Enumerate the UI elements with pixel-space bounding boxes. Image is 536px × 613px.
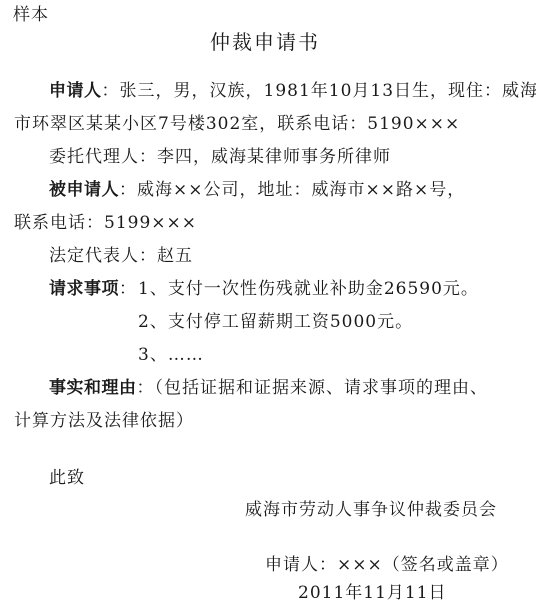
agent-line: 委托代理人：李四，威海某律师事务所律师 [49, 147, 391, 167]
respondent-line-2: 联系电话：5199××× [14, 213, 197, 233]
claims-label: 请求事项 [49, 279, 119, 299]
recipient: 威海市劳动人事争议仲裁委员会 [245, 500, 497, 520]
facts-line-2: 计算方法及法律依据） [14, 411, 194, 431]
facts-line-1: 事实和理由：（包括证据和证据来源、请求事项的理由、 [49, 378, 488, 398]
salutation: 此致 [49, 468, 85, 488]
claim-item-2: 2、支付停工留薪期工资5000元。 [138, 312, 413, 332]
date-line: 2011年11月11日 [298, 583, 447, 603]
facts-details: ：（包括证据和证据来源、请求事项的理由、 [137, 378, 489, 398]
sample-label: 样本 [13, 5, 49, 25]
claims-colon: ： [119, 279, 137, 299]
document-title: 仲裁申请书 [210, 32, 320, 52]
legal-rep-line: 法定代表人：赵五 [49, 246, 193, 266]
applicant-line-1: 申请人：张三，男，汉族，1981年10月13日生，现住：威海 [49, 81, 536, 101]
respondent-label: 被申请人 [49, 180, 119, 200]
applicant-details: ：张三，男，汉族，1981年10月13日生，现住：威海 [102, 81, 536, 101]
claims-line-1: 请求事项： [49, 279, 137, 299]
applicant-line-2: 市环翠区某某小区7号楼302室，联系电话：5190××× [14, 114, 460, 134]
signature-line: 申请人：×××（签名或盖章） [265, 555, 509, 575]
facts-label: 事实和理由 [49, 378, 137, 398]
respondent-line-1: 被申请人：威海××公司，地址：威海市××路×号， [49, 180, 465, 200]
respondent-details: ：威海××公司，地址：威海市××路×号， [119, 180, 465, 200]
claim-item-1: 1、支付一次性伤残就业补助金26590元。 [138, 279, 479, 299]
applicant-label: 申请人 [49, 81, 102, 101]
claim-item-3: 3、…… [138, 345, 204, 365]
